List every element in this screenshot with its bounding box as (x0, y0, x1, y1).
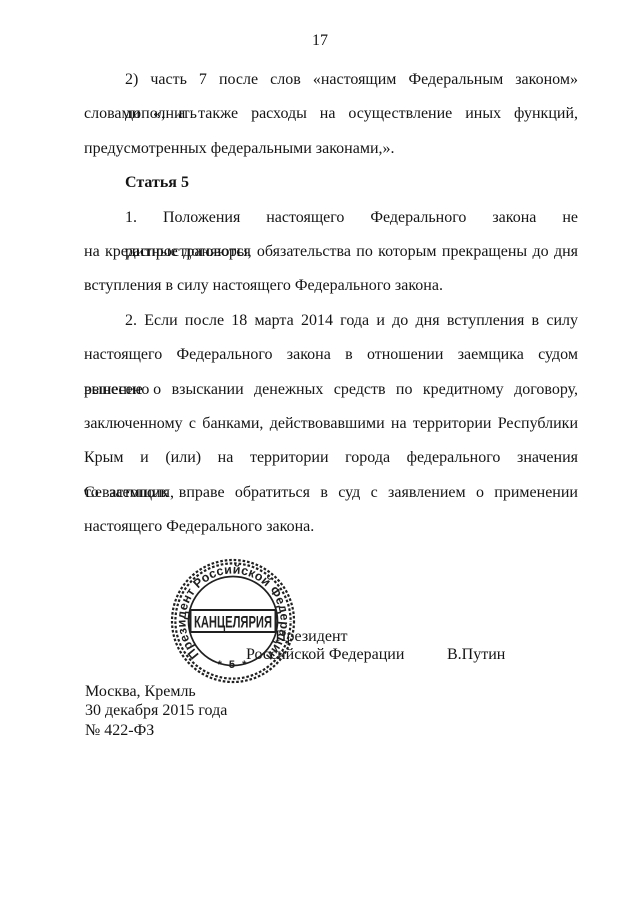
clause-2-line-1: 2. Если после 18 марта 2014 года и до дн… (84, 304, 578, 338)
amendment-line-1: 2) часть 7 после слов «настоящим Федерал… (84, 63, 578, 97)
signer-name: В.Путин (447, 645, 505, 664)
clause-2-line-5: Крым и (или) на территории города федера… (84, 441, 578, 475)
clause-1-line-1: 1. Положения настоящего Федерального зак… (84, 201, 578, 235)
attribution-block: Москва, Кремль 30 декабря 2015 года № 42… (85, 682, 227, 740)
stamp-center-label: КАНЦЕЛЯРИЯ (194, 613, 272, 632)
attribution-date: 30 декабря 2015 года (85, 701, 227, 720)
law-document-page: 17 2) часть 7 после слов «настоящим Феде… (0, 0, 640, 905)
clause-1-line-3: вступления в силу настоящего Федеральног… (84, 269, 578, 303)
page-number: 17 (0, 32, 640, 50)
clause-1-line-2: на кредитные договоры, обязательства по … (84, 235, 578, 269)
amendment-line-3: предусмотренных федеральными законами,». (84, 132, 578, 166)
clause-2-line-3: решение о взыскании денежных средств по … (84, 373, 578, 407)
document-body: 2) часть 7 после слов «настоящим Федерал… (84, 63, 578, 544)
chancellery-stamp: Президент Российской Федерации * 5 * КАН… (167, 555, 299, 687)
article-5-heading: Статья 5 (84, 166, 578, 200)
amendment-line-2: словами «, а также расходы на осуществле… (84, 97, 578, 131)
clause-2-line-2: настоящего Федерального закона в отношен… (84, 338, 578, 372)
stamp-bottom-number: * 5 * (218, 659, 249, 671)
stamp-graphics: Президент Российской Федерации * 5 * КАН… (172, 560, 294, 682)
attribution-act-number: № 422-ФЗ (85, 721, 227, 740)
clause-2-line-7: настоящего Федерального закона. (84, 510, 578, 544)
clause-2-line-4: заключенному с банками, действовавшими н… (84, 407, 578, 441)
clause-2-line-6: то заемщик вправе обратиться в суд с зая… (84, 476, 578, 510)
